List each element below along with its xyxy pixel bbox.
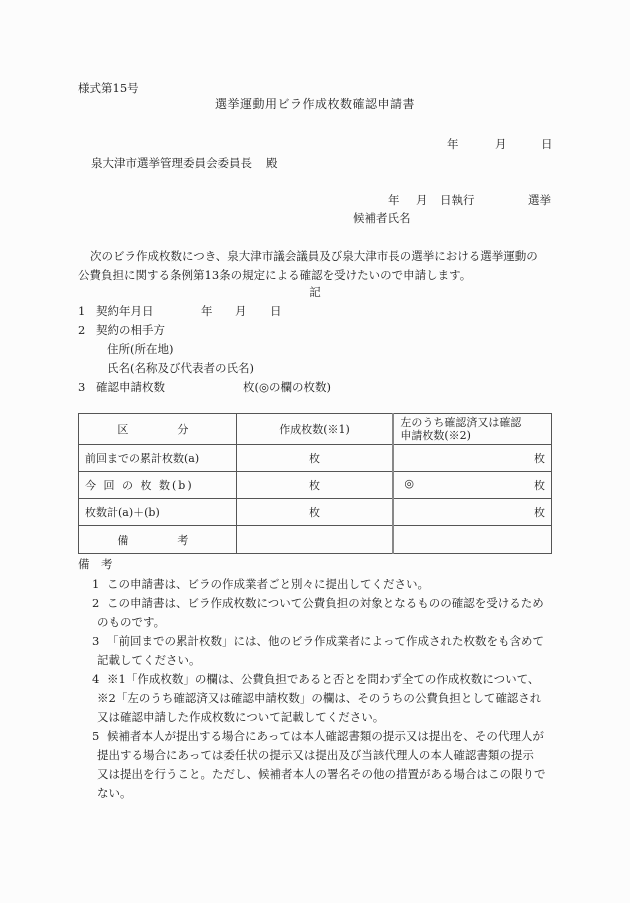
item-requested-count: 3確認申請枚数 枚(◎の欄の枚数) bbox=[78, 380, 398, 394]
item-contract-party: 2契約の相手方 bbox=[78, 323, 165, 337]
table-row: 今 回 の 枚 数(b) 枚 ◎枚 bbox=[79, 472, 552, 499]
date-month-label: 月 bbox=[495, 137, 507, 151]
count-table: 区 分 作成枚数(※1) 左のうち確認済又は確認申請枚数(※2) 前回までの累計… bbox=[78, 413, 552, 554]
table-row: 枚数計(a)＋(b) 枚 枚 bbox=[79, 499, 552, 526]
item-number: 2 bbox=[78, 323, 96, 337]
note-item: 1 この申請書は、ビラの作成業者ごと別々に提出してください。 bbox=[92, 575, 562, 594]
remarks-cell[interactable] bbox=[393, 526, 551, 554]
notes-heading: 備 考 bbox=[78, 557, 113, 571]
item-contract-date: 1契約年月日 年 月 日 bbox=[78, 304, 378, 318]
note-item: 5 候補者本人が提出する場合にあっては本人確認書類の提示又は提出を、その代理人が… bbox=[92, 727, 562, 803]
candidate-name-label: 候補者氏名 bbox=[353, 211, 411, 225]
date-day-label: 日 bbox=[541, 137, 553, 151]
row-label-remarks: 備 考 bbox=[79, 526, 237, 554]
row-label: 枚数計(a)＋(b) bbox=[79, 499, 237, 526]
election-day-label: 日執行 bbox=[440, 193, 475, 207]
date-year-label: 年 bbox=[447, 137, 459, 151]
request-paragraph: 次のビラ作成枚数につき、泉大津市議会議員及び泉大津市長の選挙における選挙運動の … bbox=[78, 247, 558, 285]
election-suffix: 選挙 bbox=[528, 193, 551, 207]
header-confirmed-count: 左のうち確認済又は確認申請枚数(※2) bbox=[393, 414, 551, 445]
contract-month-label: 月 bbox=[235, 304, 247, 318]
requested-count-unit: 枚(◎の欄の枚数) bbox=[243, 380, 331, 394]
confirmed-count-cell[interactable]: ◎枚 bbox=[393, 472, 551, 499]
item-label: 契約年月日 bbox=[96, 304, 154, 318]
double-circle-mark: ◎ bbox=[400, 477, 414, 493]
confirmed-count-cell[interactable]: 枚 bbox=[393, 499, 551, 526]
contract-party-address-label: 住所(所在地) bbox=[107, 342, 173, 356]
created-count-cell[interactable]: 枚 bbox=[236, 472, 393, 499]
note-item: 2 この申請書は、ビラ作成枚数について公費負担の対象となるものの確認を受けるため… bbox=[92, 594, 562, 632]
item-number: 3 bbox=[78, 380, 96, 394]
addressee: 泉大津市選挙管理委員会委員長殿 bbox=[91, 156, 278, 170]
form-number: 様式第15号 bbox=[78, 81, 139, 95]
note-item: 3 「前回までの累計枚数」には、他のビラ作成業者によって作成された枚数をも含めて… bbox=[92, 632, 562, 670]
row-label: 今 回 の 枚 数(b) bbox=[79, 472, 237, 499]
election-year-label: 年 bbox=[388, 193, 400, 207]
created-count-cell[interactable]: 枚 bbox=[236, 445, 393, 472]
created-count-cell[interactable]: 枚 bbox=[236, 499, 393, 526]
election-month-label: 月 bbox=[416, 193, 428, 207]
row-label: 前回までの累計枚数(a) bbox=[79, 445, 237, 472]
addressee-name: 泉大津市選挙管理委員会委員長 bbox=[91, 156, 252, 170]
contract-year-label: 年 bbox=[201, 304, 213, 318]
remarks-cell[interactable] bbox=[236, 526, 393, 554]
note-item: 4 ※1「作成枚数」の欄は、公費負担であると否とを問わず全ての作成枚数について、… bbox=[92, 670, 562, 727]
document-title: 選挙運動用ビラ作成枚数確認申請書 bbox=[0, 97, 630, 111]
table-row: 前回までの累計枚数(a) 枚 枚 bbox=[79, 445, 552, 472]
item-number: 1 bbox=[78, 304, 96, 318]
ki-heading: 記 bbox=[0, 285, 630, 299]
header-created-count: 作成枚数(※1) bbox=[236, 414, 393, 445]
contract-day-label: 日 bbox=[270, 304, 282, 318]
header-category: 区 分 bbox=[79, 414, 237, 445]
confirmed-count-cell[interactable]: 枚 bbox=[393, 445, 551, 472]
item-label: 契約の相手方 bbox=[96, 323, 165, 337]
contract-party-name-label: 氏名(名称及び代表者の氏名) bbox=[107, 361, 254, 375]
paragraph-line-1: 次のビラ作成枚数につき、泉大津市議会議員及び泉大津市長の選挙における選挙運動の bbox=[78, 247, 558, 266]
item-label: 確認申請枚数 bbox=[96, 380, 165, 394]
paragraph-line-2: 公費負担に関する条例第13条の規定による確認を受けたいので申請します。 bbox=[78, 266, 558, 285]
honorific: 殿 bbox=[266, 156, 278, 170]
table-row: 備 考 bbox=[79, 526, 552, 554]
table-header-row: 区 分 作成枚数(※1) 左のうち確認済又は確認申請枚数(※2) bbox=[79, 414, 552, 445]
